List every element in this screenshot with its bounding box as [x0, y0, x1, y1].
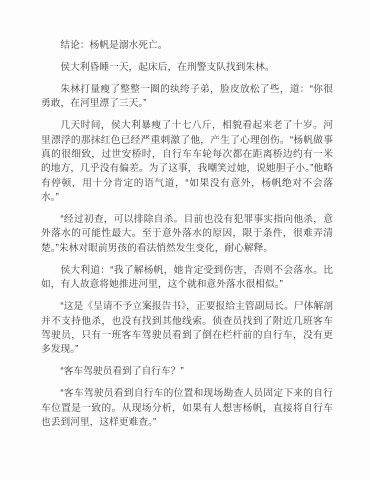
paragraph-6: 侯大利道：“我了解杨帆，她肯定受到伤害，否则不会落水。比如，有人故意将她推进河里… — [41, 264, 333, 293]
paragraph-1: 结论：杨帆是溺水死亡。 — [41, 39, 333, 53]
book-page: 结论：杨帆是溺水死亡。侯大利昏睡一天，起床后，在刑警支队找到朱林。朱林打量瘦了整… — [0, 0, 370, 480]
reading-area[interactable]: 结论：杨帆是溺水死亡。侯大利昏睡一天，起床后，在刑警支队找到朱林。朱林打量瘦了整… — [41, 39, 333, 430]
paragraph-3: 朱林打量瘦了整整一圈的纨绔子弟，脸皮放松了些，道：“你很勇敢，在河里漂了三天。” — [41, 83, 333, 112]
paragraph-9: “客车驾驶员看到自行车的位置和现场勘查人员固定下来的自行车位置是一致的。从现场分… — [41, 387, 333, 430]
paragraph-4: 几天时间，侯大利暴瘦了十七八斤，相貌看起来老了十岁。河里漂浮的那抹红色已经严重刺… — [41, 119, 333, 205]
paragraph-7: “这是《呈请不予立案报告书》，正要报给主管副局长。尸体解剖并不支持他杀，也没有找… — [41, 300, 333, 358]
paragraph-2: 侯大利昏睡一天，起床后，在刑警支队找到朱林。 — [41, 61, 333, 75]
paragraph-8: “客车驾驶员看到了自行车？” — [41, 365, 333, 379]
paragraph-5: “经过初查，可以排除自杀。目前也没有犯罪事实指向他杀，意外落水的可能性最大。至于… — [41, 213, 333, 256]
